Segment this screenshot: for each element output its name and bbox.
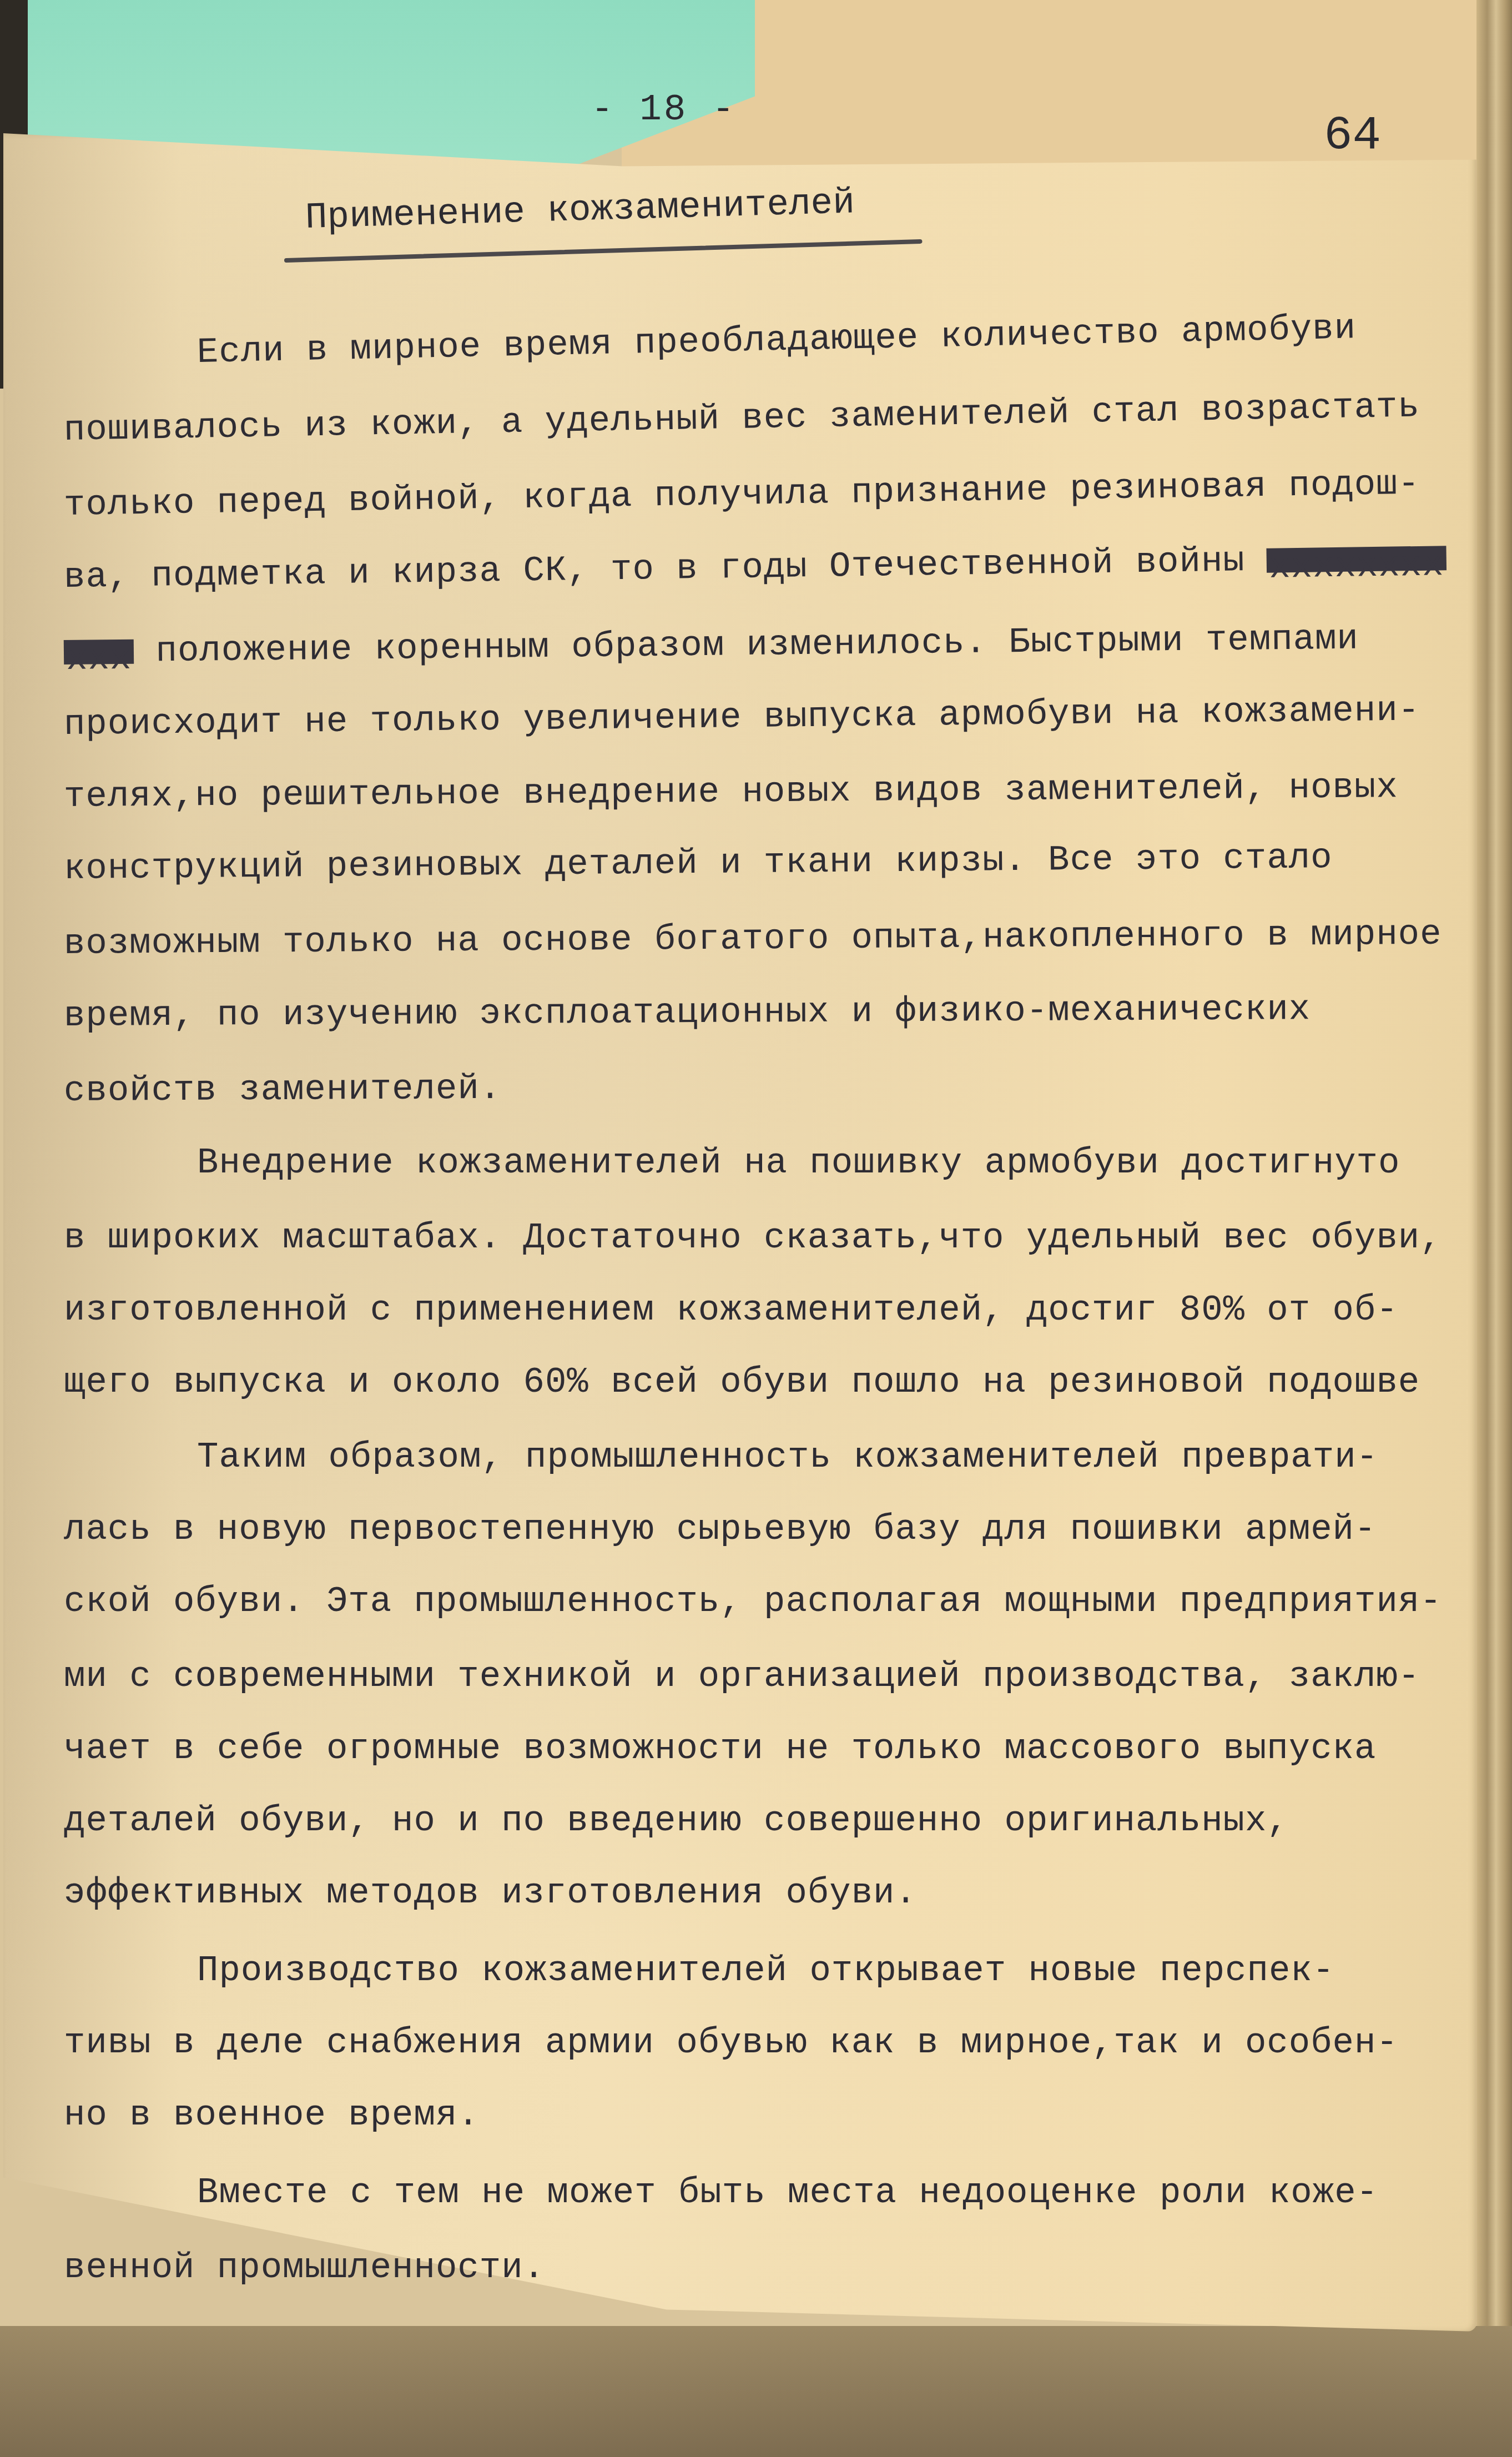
text-line: время, по изучению эксплоатационных и фи… — [64, 990, 1311, 1036]
text-line: но в военное время. — [64, 2096, 480, 2136]
text-line: лась в новую первостепенную сырьевую баз… — [64, 1510, 1376, 1550]
text-line-with-strikeout: xxx положение коренным образом изменилос… — [64, 620, 1359, 673]
text-line: Если в мирное время преобладающее количе… — [196, 309, 1357, 373]
text-line: деталей обуви, но и по введению совершен… — [64, 1801, 1289, 1841]
text-line: ми с современными техникой и организацие… — [64, 1657, 1420, 1697]
text-line: ской обуви. Эта промышленность, располаг… — [64, 1582, 1442, 1622]
text-line: Таким образом, промышленность кожзаменит… — [197, 1438, 1378, 1478]
text-segment: ва, подметка и кирза СК, то в годы Отече… — [63, 541, 1245, 598]
text-line: щего выпуска и около 60% всей обуви пошл… — [64, 1363, 1420, 1403]
text-line: чает в себе огромные возможности не толь… — [64, 1729, 1376, 1769]
text-line: телях,но решительное внедрение новых вид… — [64, 768, 1398, 817]
text-line: Внедрение кожзаменителей на пошивку армо… — [197, 1144, 1400, 1184]
text-line: происходит не только увеличение выпуска … — [64, 691, 1420, 745]
section-heading: Применение кожзаменителей — [305, 182, 855, 239]
page-number-typed: - 18 - — [591, 89, 737, 130]
text-line: изготовленной с применением кожзаменител… — [64, 1291, 1398, 1331]
text-line: только перед войной, когда получила приз… — [63, 465, 1420, 526]
text-line: конструкций резиновых деталей и ткани ки… — [64, 838, 1333, 889]
heading-underline — [284, 239, 923, 263]
text-line: эффективных методов изготовления обуви. — [64, 1874, 917, 1914]
strikeout-mark: xxx — [64, 640, 134, 664]
text-line: в широких масштабах. Достаточно сказать,… — [64, 1219, 1442, 1258]
text-line: свойств заменителей. — [64, 1069, 501, 1111]
text-line: Производство кожзаменителей открывает но… — [197, 1951, 1334, 1991]
text-line: тивы в деле снабжения армии обувью как в… — [64, 2023, 1398, 2063]
text-line: возможным только на основе богатого опыт… — [64, 915, 1442, 964]
text-line: пошивалось из кожи, а удельный вес замен… — [63, 387, 1420, 451]
text-line: Вместе с тем не может быть места недооце… — [197, 2173, 1378, 2213]
text-line: венной промышленности. — [64, 2248, 545, 2288]
text-line-with-strikeout: ва, подметка и кирза СК, то в годы Отече… — [63, 538, 1446, 598]
folio-number: 64 — [1324, 108, 1381, 163]
text-segment: положение коренным образом изменилось. Б… — [155, 620, 1359, 672]
page-content: - 18 - 64 Применение кожзаменителей Если… — [0, 0, 1512, 2457]
strikeout-mark: xxxxxxxx — [1267, 546, 1447, 573]
